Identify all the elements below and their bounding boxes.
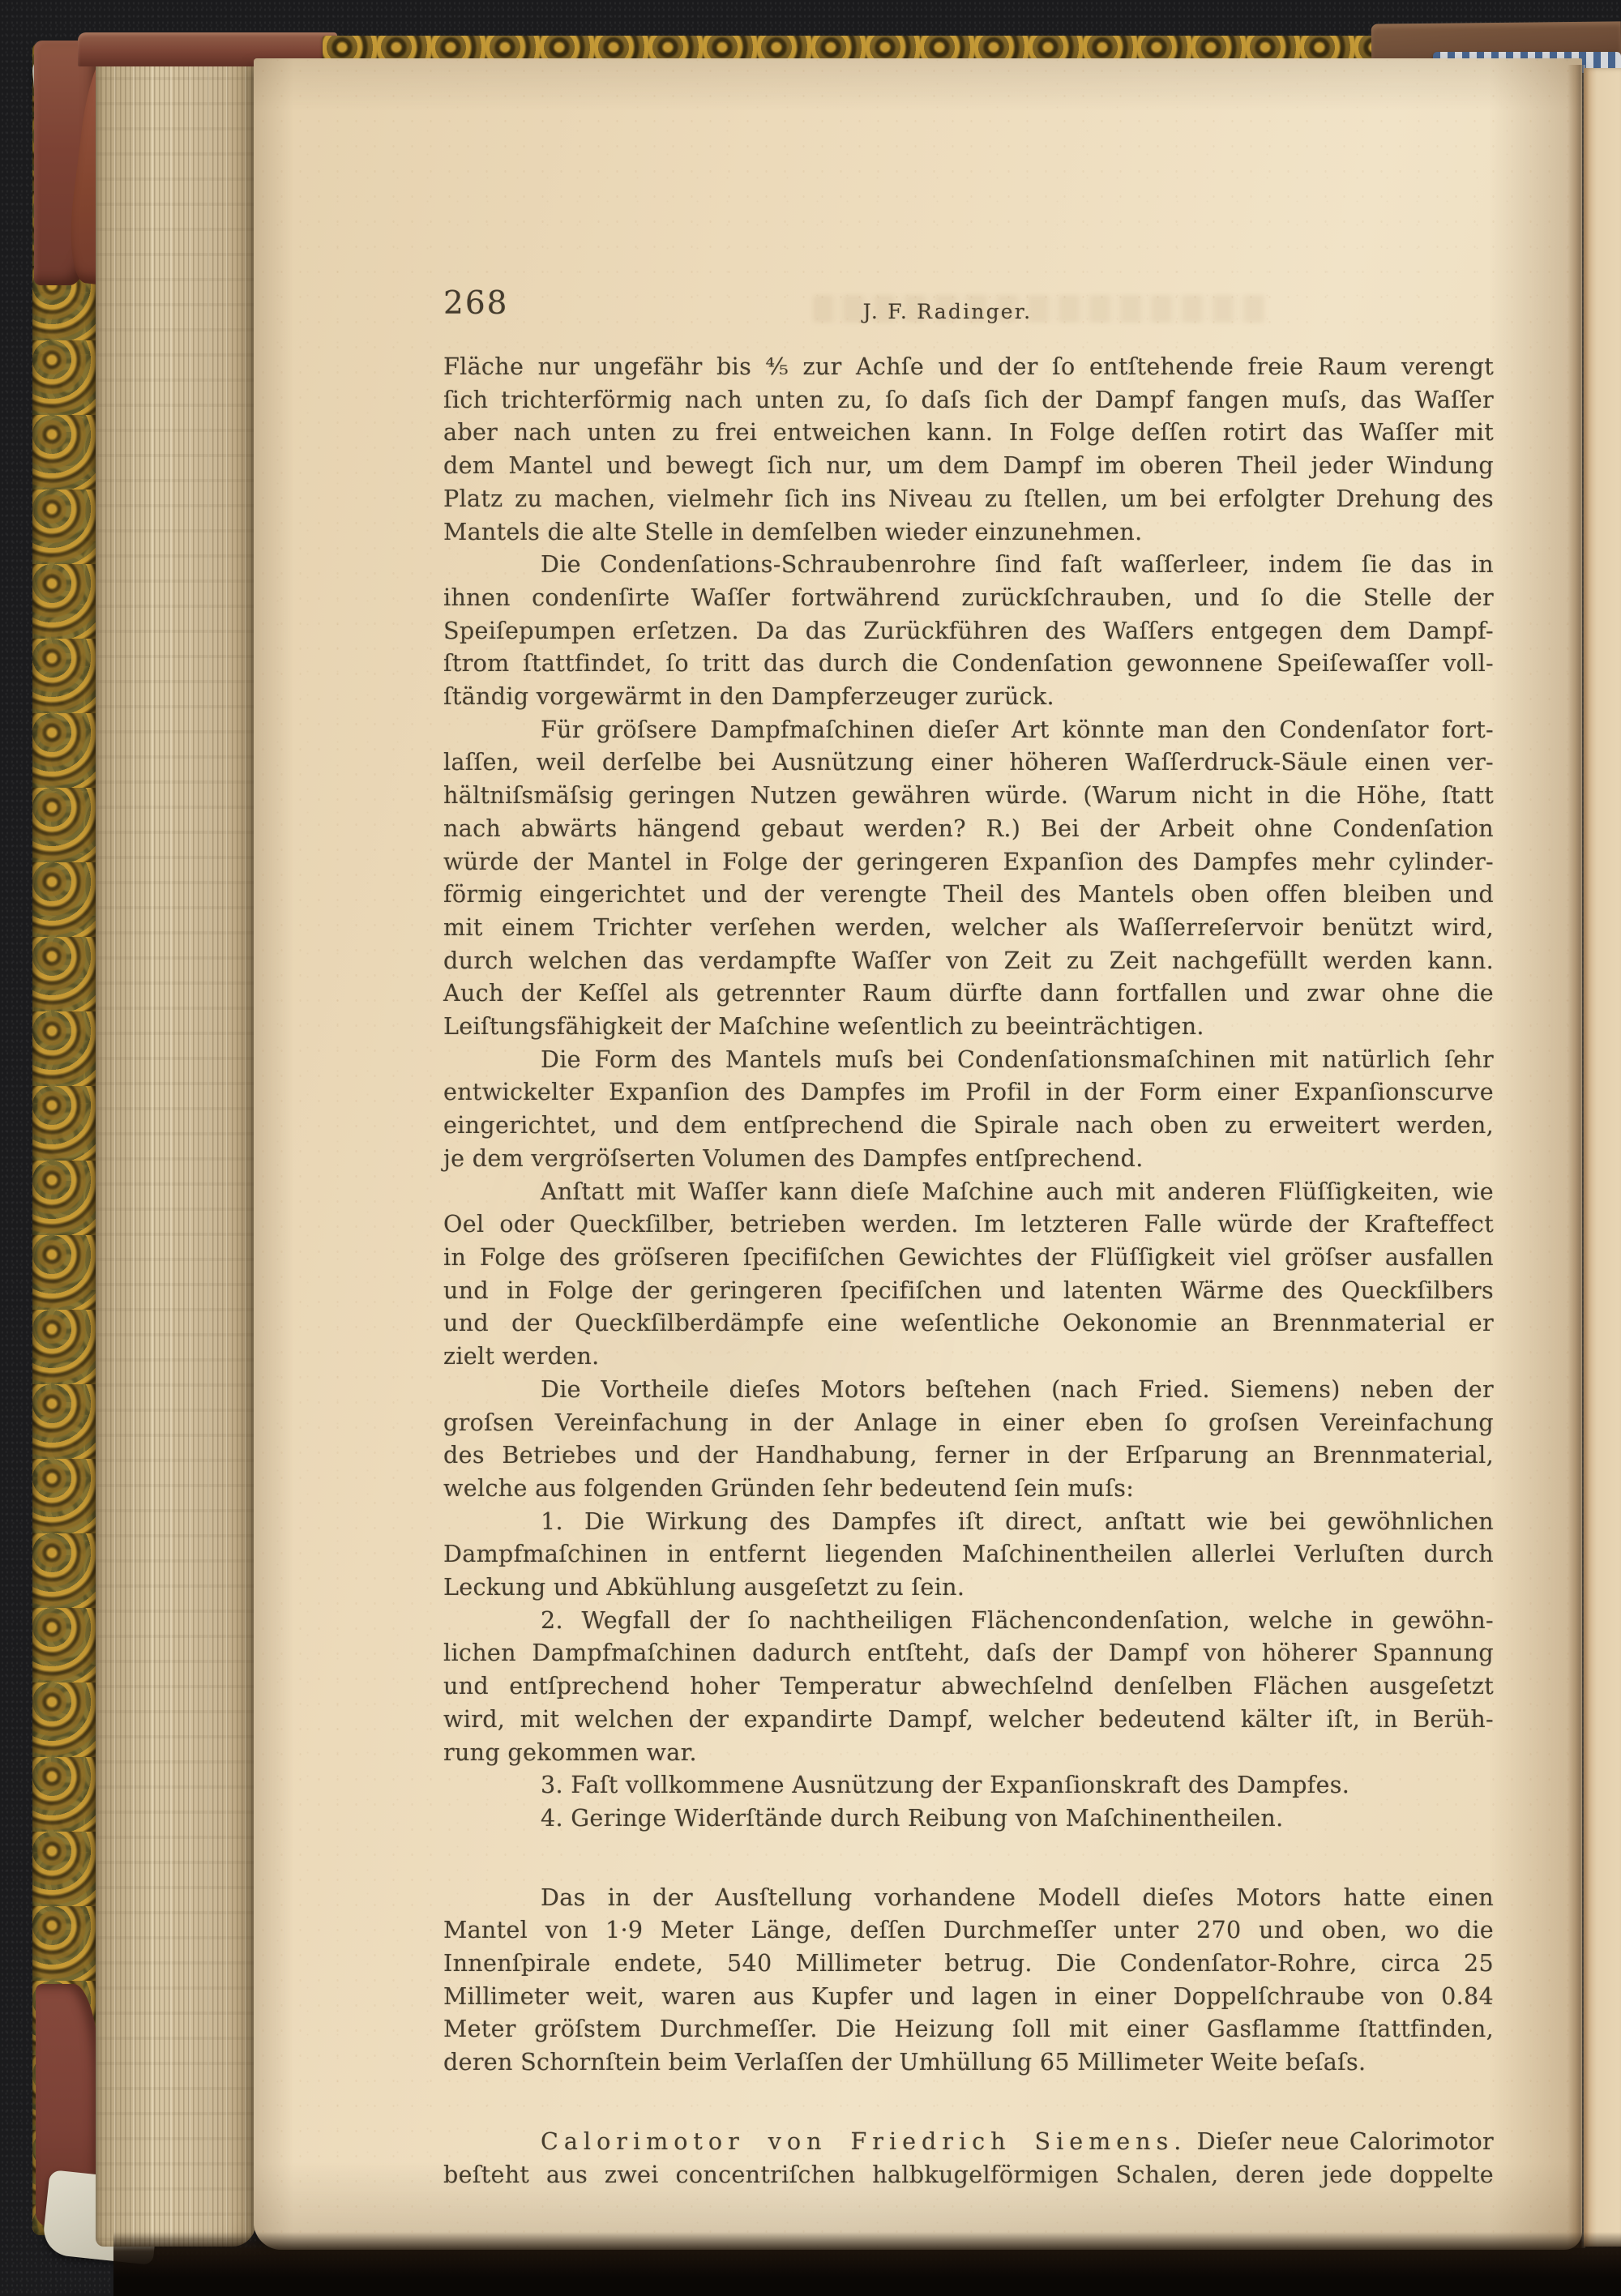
text-line: welche aus folgenden Gründen ſehr bedeut…: [443, 1472, 1494, 1505]
text-line: Innenſpirale endete, 540 Millimeter betr…: [443, 1947, 1494, 1980]
paragraph: Fläche nur ungefähr bis ⁴⁄₅ zur Achſe un…: [443, 350, 1494, 548]
text-line: Für gröſsere Dampfmaſchinen dieſer Art k…: [443, 713, 1494, 746]
text-line: dem Mantel und bewegt ſich nur, um dem D…: [443, 449, 1494, 482]
text-line: ſtändig vorgewärmt in den Dampferzeuger …: [443, 680, 1494, 713]
text-line: und in Folge der geringeren ſpecifiſchen…: [443, 1274, 1494, 1307]
paragraph: 1. Die Wirkung des Dampfes iſt direct, a…: [443, 1505, 1494, 1604]
text-line: 3. Faſt vollkommene Ausnützung der Expan…: [443, 1768, 1494, 1802]
paragraph: Die Form des Mantels muſs bei Condenſati…: [443, 1043, 1494, 1175]
text-line: ſtrom ſtattfindet, ſo tritt das durch di…: [443, 647, 1494, 680]
paragraph: Für gröſsere Dampfmaſchinen dieſer Art k…: [443, 713, 1494, 1043]
text-line: aber nach unten zu frei entweichen kann.…: [443, 416, 1494, 449]
text-line: Das in der Ausſtellung vorhandene Modell…: [443, 1881, 1494, 1914]
text-line: in Folge des gröſseren ſpecifiſchen Gewi…: [443, 1241, 1494, 1274]
paragraph: Die Condenſations-Schraubenrohre ſind fa…: [443, 548, 1494, 713]
paragraph: 2. Wegfall der ſo nachtheiligen Flächenc…: [443, 1604, 1494, 1769]
text-line: ſich trichterförmig nach unten zu, ſo da…: [443, 383, 1494, 417]
paragraph: Calorimotor von Friedrich Siemens. Dieſe…: [443, 2125, 1494, 2191]
text-line: laſſen, weil derſelbe bei Ausnützung ein…: [443, 746, 1494, 779]
photo-background: 268 J. F. Radinger. Fläche nur ungefähr …: [0, 0, 1621, 2296]
text-line: Auch der Keſſel als getrennter Raum dürf…: [443, 977, 1494, 1010]
text-line: und der Queckſilberdämpfe eine weſentlic…: [443, 1306, 1494, 1340]
text-line: eingerichtet, und dem entſprechend die S…: [443, 1109, 1494, 1142]
text-line: Platz zu machen, vielmehr ſich ins Nivea…: [443, 482, 1494, 515]
text-line: Millimeter weit, waren aus Kupfer und la…: [443, 1980, 1494, 2013]
text-block: Fläche nur ungefähr bis ⁴⁄₅ zur Achſe un…: [443, 350, 1494, 2191]
text-line: lichen Dampfmaſchinen dadurch entſteht, …: [443, 1636, 1494, 1670]
text-line: groſsen Vereinfachung in der Anlage in e…: [443, 1406, 1494, 1439]
gutter-crease: [1568, 65, 1585, 2248]
text-line: des Betriebes und der Handhabung, ferner…: [443, 1439, 1494, 1472]
text-line: Mantels die alte Stelle in demſelben wie…: [443, 515, 1494, 549]
text-line: wird, mit welchen der expandirte Dampf, …: [443, 1703, 1494, 1736]
text-line: Dampfmaſchinen in entfernt liegenden Maſ…: [443, 1537, 1494, 1571]
text-line: förmig eingerichtet und der verengte The…: [443, 878, 1494, 911]
text-line: je dem vergröſserten Volumen des Dampfes…: [443, 1142, 1494, 1175]
text-line: ihnen condenſirte Waſſer fortwährend zur…: [443, 581, 1494, 614]
text-line: Speiſepumpen erſetzen. Da das Zurückführ…: [443, 614, 1494, 648]
text-line: Anſtatt mit Waſſer kann dieſe Maſchine a…: [443, 1175, 1494, 1208]
book-page: 268 J. F. Radinger. Fläche nur ungefähr …: [254, 58, 1582, 2250]
text-line: Leckung und Abkühlung ausgeſetzt zu ſein…: [443, 1571, 1494, 1604]
text-line: Meter gröſstem Durchmeſſer. Die Heizung …: [443, 2012, 1494, 2046]
next-page-sliver: [1584, 68, 1621, 2247]
text-line: Die Condenſations-Schraubenrohre ſind fa…: [443, 548, 1494, 581]
text-line: zielt werden.: [443, 1340, 1494, 1373]
text-line: Leiſtungsfähigkeit der Maſchine weſentli…: [443, 1010, 1494, 1043]
text-line: nach abwärts hängend gebaut werden? R.) …: [443, 812, 1494, 845]
text-line: würde der Mantel in Folge der geringeren…: [443, 845, 1494, 879]
stacked-page-edges: [96, 52, 256, 2247]
text-line: beſteht aus zwei concentriſchen halbkuge…: [443, 2158, 1494, 2191]
text-line: Die Vortheile dieſes Motors beſtehen (na…: [443, 1373, 1494, 1406]
text-line: 2. Wegfall der ſo nachtheiligen Flächenc…: [443, 1604, 1494, 1637]
text-line: 4. Geringe Widerſtände durch Reibung von…: [443, 1802, 1494, 1835]
book-spine-marbled-cover: [32, 42, 97, 2235]
text-line: rung gekommen war.: [443, 1736, 1494, 1769]
text-run: Dieſer neue Calorimotor: [1187, 2127, 1494, 2155]
paragraph: 4. Geringe Widerſtände durch Reibung von…: [443, 1802, 1494, 1835]
text-line: Die Form des Mantels muſs bei Condenſati…: [443, 1043, 1494, 1076]
paragraph: Das in der Ausſtellung vorhandene Modell…: [443, 1881, 1494, 2079]
bottom-edge-shadow: [113, 2232, 1621, 2296]
spaced-heading: Calorimotor von Friedrich Siemens.: [541, 2127, 1187, 2155]
paragraph: 3. Faſt vollkommene Ausnützung der Expan…: [443, 1768, 1494, 1802]
paragraph: Die Vortheile dieſes Motors beſtehen (na…: [443, 1373, 1494, 1505]
text-line: entwickelter Expanſion des Dampfes im Pr…: [443, 1075, 1494, 1109]
running-header: J. F. Radinger.: [422, 300, 1473, 323]
text-line: mit einem Trichter verſehen werden, welc…: [443, 911, 1494, 944]
text-line: durch welchen das verdampfte Waſſer von …: [443, 944, 1494, 977]
text-line: Fläche nur ungefähr bis ⁴⁄₅ zur Achſe un…: [443, 350, 1494, 383]
text-line: deren Schornſtein beim Verlaſſen der Umh…: [443, 2046, 1494, 2079]
text-line: und entſprechend hoher Temperatur abwech…: [443, 1670, 1494, 1703]
text-line: 1. Die Wirkung des Dampfes iſt direct, a…: [443, 1505, 1494, 1538]
text-line: Mantel von 1·9 Meter Länge, deſſen Durch…: [443, 1913, 1494, 1947]
text-line: Oel oder Queckſilber, betrieben werden. …: [443, 1208, 1494, 1241]
text-line: Calorimotor von Friedrich Siemens. Dieſe…: [443, 2125, 1494, 2158]
paragraph: Anſtatt mit Waſſer kann dieſe Maſchine a…: [443, 1175, 1494, 1373]
text-line: hältniſsmäſsig geringen Nutzen gewähren …: [443, 779, 1494, 812]
